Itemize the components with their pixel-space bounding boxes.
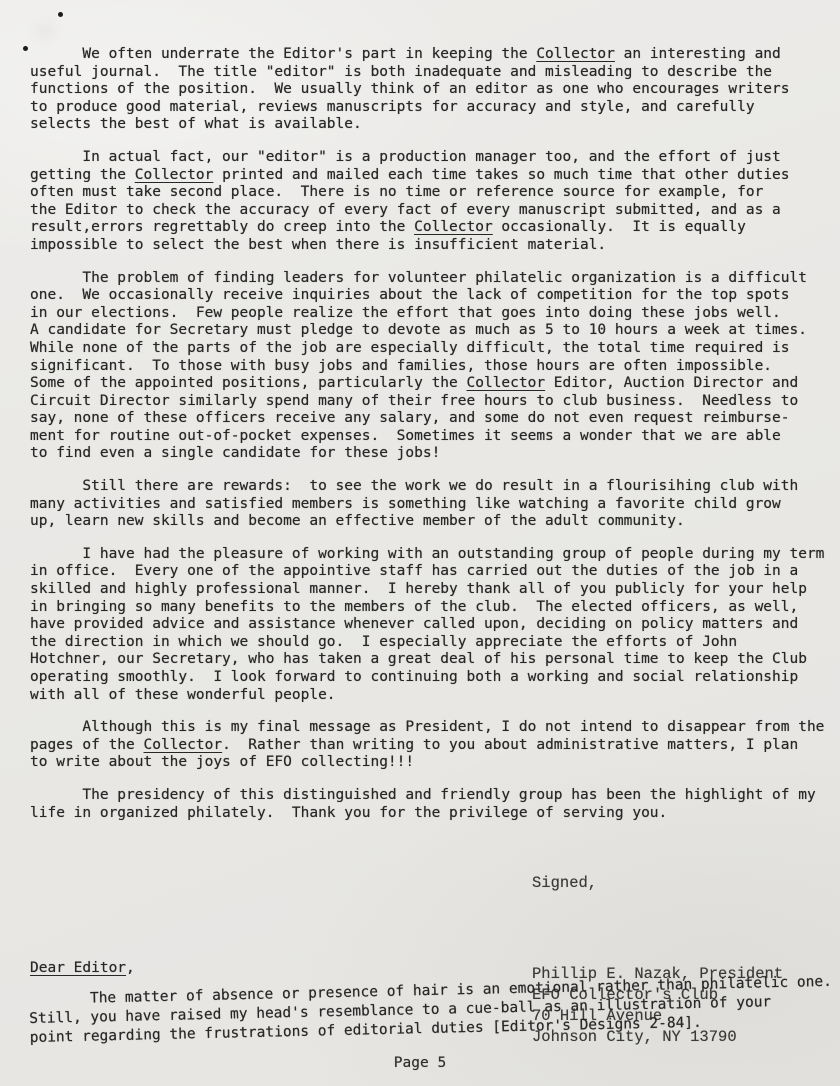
text-line: say, none of these officers receive any … xyxy=(30,410,820,428)
text-line: functions of the position. We usually th… xyxy=(30,81,820,99)
text-line: one. We occasionally receive inquiries a… xyxy=(30,287,820,305)
paragraph: We often underrate the Editor's part in … xyxy=(30,46,820,134)
text-line: life in organized philately. Thank you f… xyxy=(30,805,820,823)
text-line: Still there are rewards: to see the work… xyxy=(30,478,820,496)
text-line: The presidency of this distinguished and… xyxy=(30,787,820,805)
text-line: A candidate for Secretary must pledge to… xyxy=(30,322,820,340)
text-line: in our elections. Few people realize the… xyxy=(30,305,820,323)
text-line: the Editor to check the accuracy of ever… xyxy=(30,202,820,220)
signature-block: Signed, Phillip E. Nazak, PresidentEFO C… xyxy=(532,831,783,1086)
text-line: to find even a single candidate for thes… xyxy=(30,445,820,463)
editor-paragraph: The matter of absence or presence of hai… xyxy=(29,972,830,1047)
signed-label: Signed, xyxy=(532,873,783,894)
text-line: have provided advice and assistance when… xyxy=(30,616,820,634)
underlined-text: Collector xyxy=(135,167,214,183)
text-line: in office. Every one of the appointive s… xyxy=(30,563,820,581)
text-line: skilled and highly professional manner. … xyxy=(30,581,820,599)
editor-note: Dear Editor, The matter of absence or pr… xyxy=(30,960,830,1048)
text-line: In actual fact, our "editor" is a produc… xyxy=(30,149,820,167)
underlined-text: Collector xyxy=(414,219,493,235)
text-line: Circuit Director similarly spend many of… xyxy=(30,393,820,411)
paragraph: The presidency of this distinguished and… xyxy=(30,787,820,822)
dust-speck xyxy=(58,12,63,17)
paragraph: Still there are rewards: to see the work… xyxy=(30,478,820,531)
text-line: getting the Collector printed and mailed… xyxy=(30,167,820,185)
text-line: to produce good material, reviews manusc… xyxy=(30,99,820,117)
underlined-text: Dear Editor xyxy=(30,960,126,976)
text-line: Although this is my final message as Pre… xyxy=(30,719,820,737)
underlined-text: Collector xyxy=(144,737,223,753)
text-line: impossible to select the best when there… xyxy=(30,237,820,255)
page-number: Page 5 xyxy=(0,1055,840,1071)
text-line: I have had the pleasure of working with … xyxy=(30,546,820,564)
text-line: selects the best of what is available. xyxy=(30,116,820,134)
text-line: with all of these wonderful people. xyxy=(30,687,820,705)
paragraph: In actual fact, our "editor" is a produc… xyxy=(30,149,820,255)
underlined-text: Collector xyxy=(536,46,615,62)
text-line: pages of the Collector. Rather than writ… xyxy=(30,737,820,755)
text-line: ment for routine out-of-pocket expenses.… xyxy=(30,428,820,446)
underlined-text: Collector xyxy=(467,375,546,391)
text-line: the direction in which we should go. I e… xyxy=(30,634,820,652)
text-line: Hotchner, our Secretary, who has taken a… xyxy=(30,651,820,669)
text-line: significant. To those with busy jobs and… xyxy=(30,358,820,376)
scanned-letter-page: We often underrate the Editor's part in … xyxy=(0,0,840,1086)
letter-body: We often underrate the Editor's part in … xyxy=(30,46,820,837)
text-line: While none of the parts of the job are e… xyxy=(30,340,820,358)
paragraph: The problem of finding leaders for volun… xyxy=(30,270,820,464)
text-line: often must take second place. There is n… xyxy=(30,184,820,202)
text-line: up, learn new skills and become an effec… xyxy=(30,513,820,531)
text-line: useful journal. The title "editor" is bo… xyxy=(30,64,820,82)
text-line: The problem of finding leaders for volun… xyxy=(30,270,820,288)
text-line: result,errors regrettably do creep into … xyxy=(30,219,820,237)
text-line: operating smoothly. I look forward to co… xyxy=(30,669,820,687)
paragraph: I have had the pleasure of working with … xyxy=(30,546,820,704)
text-line: in bringing so many benefits to the memb… xyxy=(30,599,820,617)
text-line: to write about the joys of EFO collectin… xyxy=(30,754,820,772)
paragraph: Although this is my final message as Pre… xyxy=(30,719,820,772)
dust-speck xyxy=(23,46,28,51)
text-line: Some of the appointed positions, particu… xyxy=(30,375,820,393)
text-line: We often underrate the Editor's part in … xyxy=(30,46,820,64)
text-line: many activities and satisfied members is… xyxy=(30,496,820,514)
